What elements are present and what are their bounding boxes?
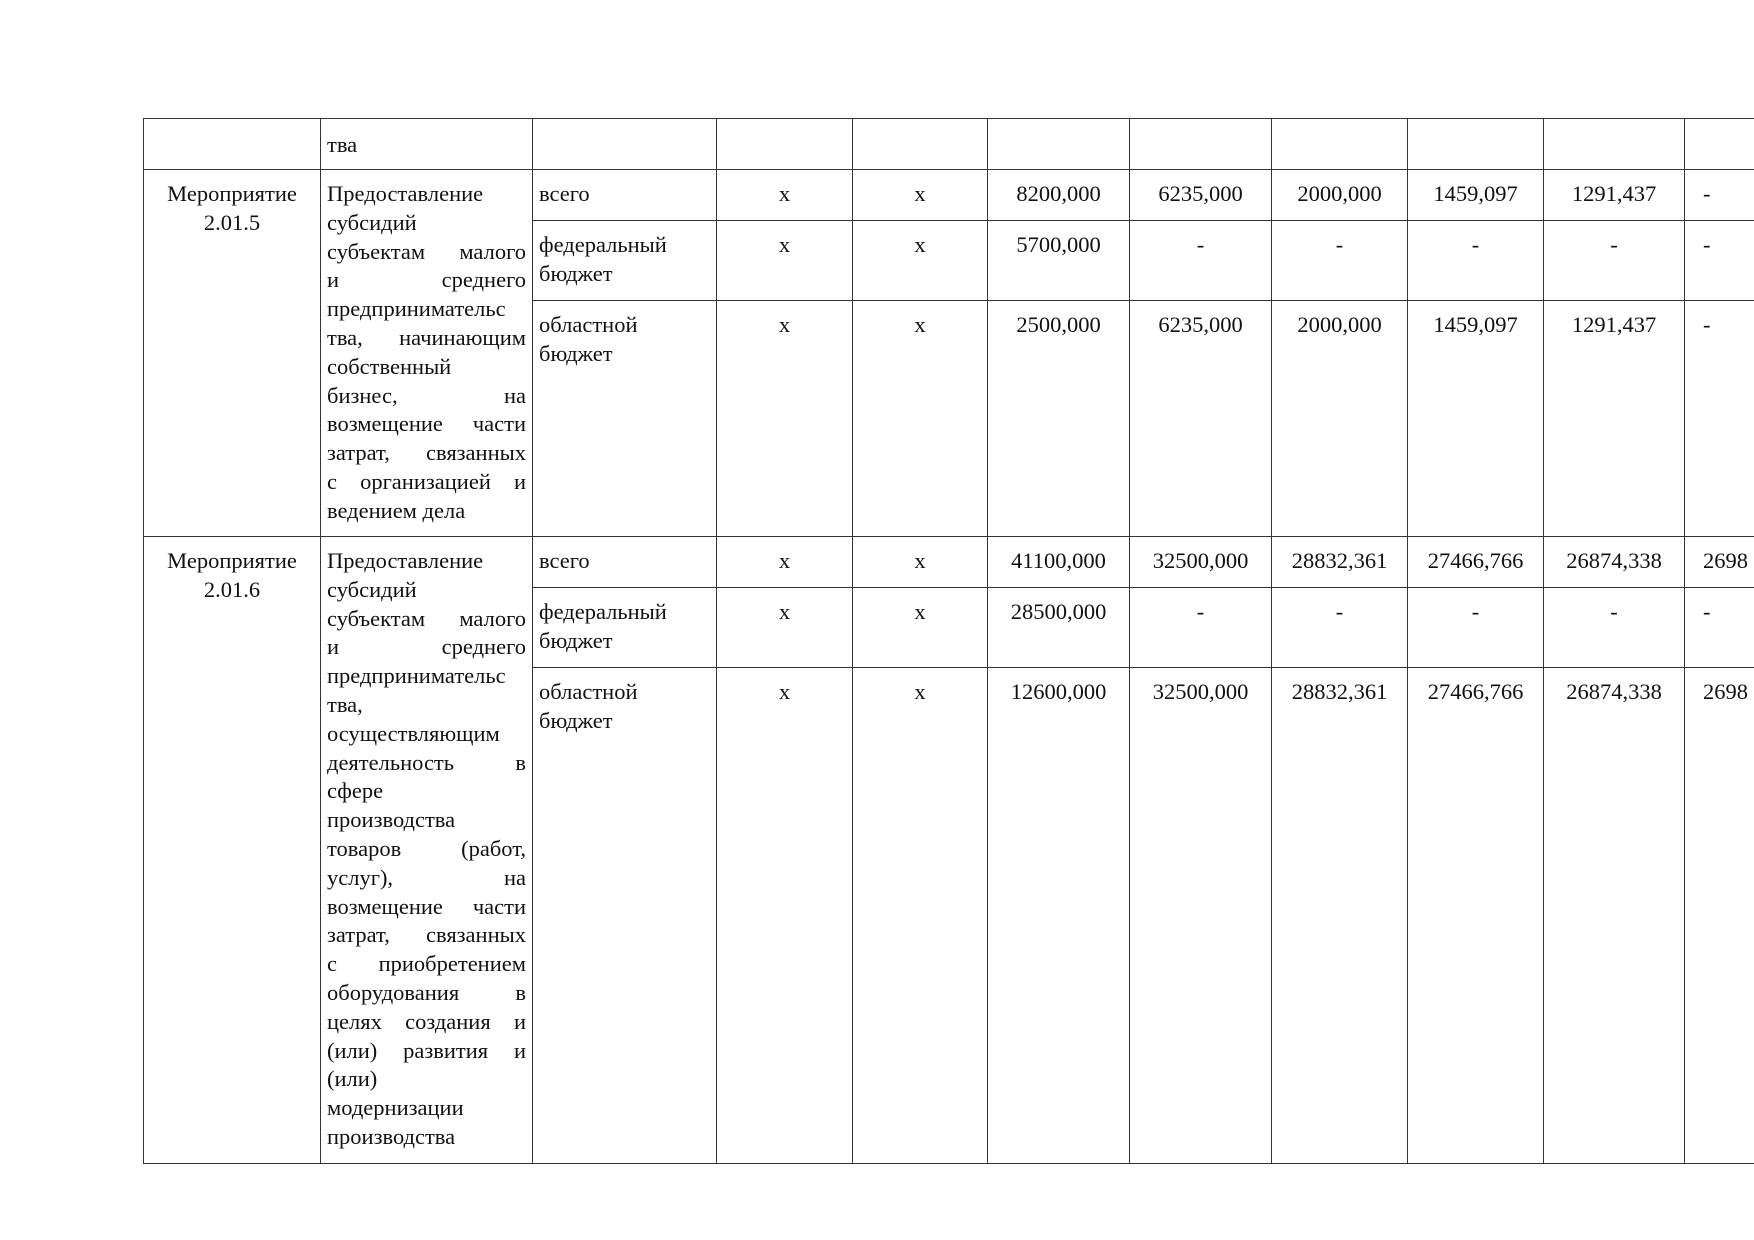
funding-source-text: бюджет <box>539 340 710 369</box>
empty-cell <box>717 119 853 170</box>
amount-cell: 2698 <box>1685 668 1754 1164</box>
description-word: предпринимательс <box>327 295 506 324</box>
description-word: с <box>327 468 337 497</box>
description-word: на <box>504 382 526 411</box>
description-word: оборудования <box>327 979 459 1008</box>
amount-cell: - <box>1685 221 1754 301</box>
description-tail-text: тва <box>327 132 357 157</box>
amount-cell: 1291,437 <box>1544 301 1685 537</box>
funding-source: всего <box>533 537 717 588</box>
funding-source-text: бюджет <box>539 260 710 289</box>
description-line: предпринимательс <box>327 662 526 691</box>
empty-cell <box>1544 119 1685 170</box>
description-word: производства <box>327 1123 455 1152</box>
funding-source-text: областной <box>539 678 710 707</box>
amount-cell: 2000,000 <box>1272 301 1408 537</box>
description-line: собственный <box>327 353 526 382</box>
description-word: предпринимательс <box>327 662 506 691</box>
description-word: и <box>514 468 526 497</box>
description-word: субсидий <box>327 576 417 605</box>
description-line: сприобретением <box>327 950 526 979</box>
description-word: связанных <box>426 921 526 950</box>
measure-cell: Мероприятие2.01.6 <box>144 537 321 1164</box>
description-word: малого <box>459 605 526 634</box>
amount-cell: - <box>1408 221 1544 301</box>
measure-cell-empty <box>144 119 321 170</box>
description-word: товаров <box>327 835 401 864</box>
description-word: тва, <box>327 324 363 353</box>
description-word: в <box>515 749 526 778</box>
amount-cell: - <box>1685 301 1754 537</box>
description-word: создания <box>405 1008 491 1037</box>
description-word: целях <box>327 1008 382 1037</box>
description-word: услуг), <box>327 864 393 893</box>
measure-cell: Мероприятие2.01.5 <box>144 170 321 537</box>
description-word: связанных <box>426 439 526 468</box>
measure-description: Предоставлениесубсидийсубъектаммалогоиср… <box>321 537 533 1164</box>
description-word: и <box>327 266 339 295</box>
marker-cell: x <box>717 668 853 1164</box>
amount-cell: - <box>1544 588 1685 668</box>
amount-cell: - <box>1130 588 1272 668</box>
description-line: ведением дела <box>327 497 526 526</box>
amount-cell: - <box>1130 221 1272 301</box>
description-word: производства <box>327 806 455 835</box>
amount-cell: 28832,361 <box>1272 537 1408 588</box>
amount-cell: - <box>1685 170 1754 221</box>
funding-source-text: федеральный <box>539 231 710 260</box>
amount-cell: 6235,000 <box>1130 170 1272 221</box>
empty-cell <box>1272 119 1408 170</box>
amount-cell: 32500,000 <box>1130 537 1272 588</box>
description-word: (или) <box>327 1065 377 1094</box>
amount-cell: - <box>1408 588 1544 668</box>
amount-cell: 26874,338 <box>1544 537 1685 588</box>
amount-cell: 1291,437 <box>1544 170 1685 221</box>
description-word: части <box>473 893 526 922</box>
description-line: сорганизациейи <box>327 468 526 497</box>
description-word: Предоставление <box>327 180 483 209</box>
description-word: и <box>514 1008 526 1037</box>
amount-cell: 8200,000 <box>988 170 1130 221</box>
amount-cell: 27466,766 <box>1408 668 1544 1164</box>
description-line: субъектаммалого <box>327 605 526 634</box>
description-word: собственный <box>327 353 451 382</box>
description-line: возмещениечасти <box>327 893 526 922</box>
amount-cell: 12600,000 <box>988 668 1130 1164</box>
funding-source-text: всего <box>539 547 710 576</box>
marker-cell: x <box>853 170 988 221</box>
description-word: осуществляющим <box>327 720 500 749</box>
description-word: в <box>515 979 526 1008</box>
table-row: Мероприятие2.01.5Предоставлениесубсидийс… <box>144 170 1754 221</box>
measure-description: Предоставлениесубсидийсубъектаммалогоиср… <box>321 170 533 537</box>
marker-cell: x <box>853 301 988 537</box>
amount-cell: - <box>1685 588 1754 668</box>
marker-cell: x <box>853 588 988 668</box>
description-word: возмещение <box>327 410 443 439</box>
empty-cell <box>1408 119 1544 170</box>
funding-source: федеральныйбюджет <box>533 588 717 668</box>
empty-cell <box>988 119 1130 170</box>
description-line: услуг),на <box>327 864 526 893</box>
amount-cell: 28832,361 <box>1272 668 1408 1164</box>
description-word: ведением дела <box>327 497 465 526</box>
marker-cell: x <box>717 170 853 221</box>
description-word: среднего <box>442 633 526 662</box>
description-word: среднего <box>442 266 526 295</box>
measure-code: 2.01.5 <box>144 209 320 238</box>
amount-cell: 32500,000 <box>1130 668 1272 1164</box>
description-word: организацией <box>360 468 491 497</box>
continuation-row: тва <box>144 119 1754 170</box>
description-word: тва, <box>327 691 363 720</box>
description-line: деятельностьв <box>327 749 526 778</box>
description-line: субсидий <box>327 209 526 238</box>
marker-cell: x <box>853 221 988 301</box>
description-line: исреднего <box>327 633 526 662</box>
description-line: оборудованияв <box>327 979 526 1008</box>
description-line: возмещениечасти <box>327 410 526 439</box>
description-word: (или) <box>327 1037 377 1066</box>
description-line: субъектаммалого <box>327 238 526 267</box>
measure-label: Мероприятие <box>144 180 320 209</box>
amount-cell: 5700,000 <box>988 221 1130 301</box>
marker-cell: x <box>717 537 853 588</box>
table-row: Мероприятие2.01.6Предоставлениесубсидийс… <box>144 537 1754 588</box>
description-word: субъектам <box>327 238 425 267</box>
description-word: и <box>514 1037 526 1066</box>
description-word: бизнес, <box>327 382 398 411</box>
description-line: производства <box>327 1123 526 1152</box>
amount-cell: 1459,097 <box>1408 301 1544 537</box>
description-word: субсидий <box>327 209 417 238</box>
amount-cell: 27466,766 <box>1408 537 1544 588</box>
amount-cell: - <box>1544 221 1685 301</box>
description-word: деятельность <box>327 749 454 778</box>
description-word: малого <box>459 238 526 267</box>
funding-source: областнойбюджет <box>533 668 717 1164</box>
description-line: предпринимательс <box>327 295 526 324</box>
description-line: целяхсозданияи <box>327 1008 526 1037</box>
description-word: начинающим <box>399 324 526 353</box>
marker-cell: x <box>853 668 988 1164</box>
funding-source: федеральныйбюджет <box>533 221 717 301</box>
description-word: части <box>473 410 526 439</box>
description-word: затрат, <box>327 439 390 468</box>
description-word: возмещение <box>327 893 443 922</box>
amount-cell: 2500,000 <box>988 301 1130 537</box>
description-line: осуществляющим <box>327 720 526 749</box>
amount-cell: - <box>1272 221 1408 301</box>
description-line: Предоставление <box>327 180 526 209</box>
marker-cell: x <box>717 301 853 537</box>
amount-cell: 28500,000 <box>988 588 1130 668</box>
description-line: модернизации <box>327 1094 526 1123</box>
funding-source-text: бюджет <box>539 707 710 736</box>
amount-cell: - <box>1272 588 1408 668</box>
description-tail: тва <box>321 119 533 170</box>
description-line: Предоставление <box>327 547 526 576</box>
description-line: затрат,связанных <box>327 921 526 950</box>
description-word: на <box>504 864 526 893</box>
amount-cell: 1459,097 <box>1408 170 1544 221</box>
empty-cell <box>1685 119 1754 170</box>
empty-cell <box>533 119 717 170</box>
description-line: исреднего <box>327 266 526 295</box>
description-line: тва,начинающим <box>327 324 526 353</box>
funding-source-text: всего <box>539 180 710 209</box>
marker-cell: x <box>717 588 853 668</box>
description-line: субсидий <box>327 576 526 605</box>
description-line: товаров(работ, <box>327 835 526 864</box>
description-word: модернизации <box>327 1094 464 1123</box>
amount-cell: 41100,000 <box>988 537 1130 588</box>
description-word: Предоставление <box>327 547 483 576</box>
description-word: и <box>327 633 339 662</box>
description-line: сфере <box>327 777 526 806</box>
description-word: развития <box>403 1037 488 1066</box>
funding-source: областнойбюджет <box>533 301 717 537</box>
description-word: сфере <box>327 777 383 806</box>
amount-cell: 2698 <box>1685 537 1754 588</box>
description-word: (работ, <box>461 835 526 864</box>
description-line: (или)развитияи <box>327 1037 526 1066</box>
empty-cell <box>853 119 988 170</box>
amount-cell: 26874,338 <box>1544 668 1685 1164</box>
description-word: затрат, <box>327 921 390 950</box>
description-word: приобретением <box>379 950 526 979</box>
financing-table: тва Мероприятие2.01.5Предоставлениесубси… <box>143 118 1754 1164</box>
funding-source-text: областной <box>539 311 710 340</box>
funding-source-text: бюджет <box>539 627 710 656</box>
description-line: затрат,связанных <box>327 439 526 468</box>
measure-label: Мероприятие <box>144 547 320 576</box>
amount-cell: 6235,000 <box>1130 301 1272 537</box>
document-page: тва Мероприятие2.01.5Предоставлениесубси… <box>0 0 1754 1240</box>
measure-code: 2.01.6 <box>144 576 320 605</box>
funding-source-text: федеральный <box>539 598 710 627</box>
funding-source: всего <box>533 170 717 221</box>
description-line: тва, <box>327 691 526 720</box>
description-word: с <box>327 950 337 979</box>
description-line: бизнес,на <box>327 382 526 411</box>
description-line: (или) <box>327 1065 526 1094</box>
amount-cell: 2000,000 <box>1272 170 1408 221</box>
empty-cell <box>1130 119 1272 170</box>
description-word: субъектам <box>327 605 425 634</box>
marker-cell: x <box>717 221 853 301</box>
description-line: производства <box>327 806 526 835</box>
marker-cell: x <box>853 537 988 588</box>
